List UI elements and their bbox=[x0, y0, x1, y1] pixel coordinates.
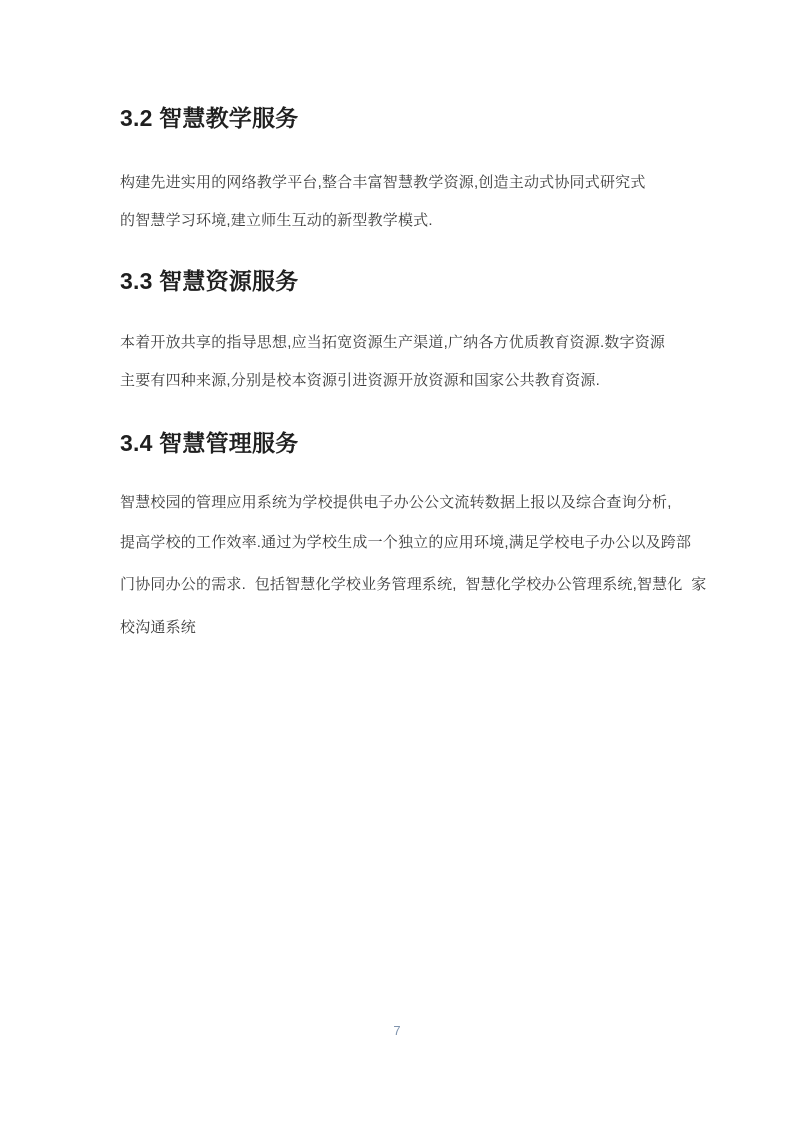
paragraph-line: 的智慧学习环境,建立师生互动的新型教学模式. bbox=[120, 211, 433, 231]
paragraph-line: 校沟通系统 bbox=[120, 618, 196, 638]
document-content: 3.2 智慧教学服务 构建先进实用的网络教学平台,整合丰富智慧教学资源,创造主动… bbox=[0, 0, 794, 638]
paragraph-line: 主要有四种来源,分别是校本资源引进资源开放资源和国家公共教育资源. bbox=[120, 371, 600, 391]
section-heading-3-3: 3.3 智慧资源服务 bbox=[120, 266, 298, 296]
paragraph-line: 智慧校园的管理应用系统为学校提供电子办公公文流转数据上报以及综合查询分析, bbox=[120, 493, 672, 513]
document-page: 3.2 智慧教学服务 构建先进实用的网络教学平台,整合丰富智慧教学资源,创造主动… bbox=[0, 0, 794, 1123]
paragraph-line: 门协同办公的需求. 包括智慧化学校业务管理系统, 智慧化学校办公管理系统,智慧化… bbox=[120, 575, 707, 595]
paragraph-line: 构建先进实用的网络教学平台,整合丰富智慧教学资源,创造主动式协同式研究式 bbox=[120, 173, 646, 193]
paragraph-line: 本着开放共享的指导思想,应当拓宽资源生产渠道,广纳各方优质教育资源.数字资源 bbox=[120, 333, 665, 353]
section-heading-3-2: 3.2 智慧教学服务 bbox=[120, 103, 298, 133]
paragraph-line: 提高学校的工作效率.通过为学校生成一个独立的应用环境,满足学校电子办公以及跨部 bbox=[120, 533, 691, 553]
section-heading-3-4: 3.4 智慧管理服务 bbox=[120, 428, 298, 458]
page-footer: 7 bbox=[0, 1022, 794, 1040]
page-number: 7 bbox=[393, 1023, 400, 1038]
